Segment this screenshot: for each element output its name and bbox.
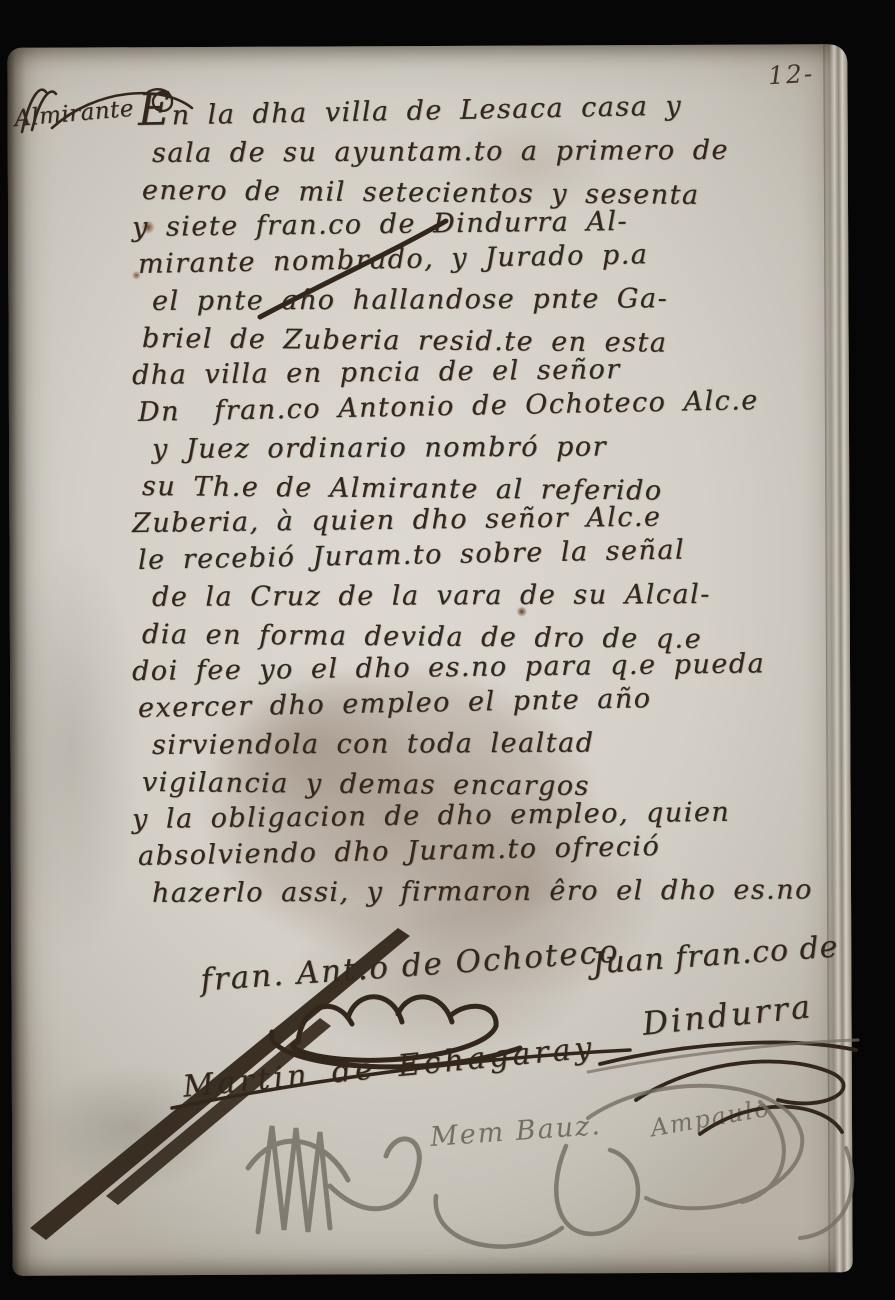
- manuscript-line: hazerlo assi, y firmaron êro el dho es.n…: [152, 872, 780, 912]
- manuscript-body: En la dha villa de Lesaca casa y sala de…: [138, 92, 766, 912]
- folio-number: 12-: [767, 59, 815, 90]
- manuscript-line: y Juez ordinario nombró por: [152, 428, 780, 468]
- book-fore-edge: [823, 44, 852, 1272]
- manuscript-line: sala de su ayuntam.to a primero de: [152, 132, 780, 172]
- manuscript-line: de la Cruz de la vara de su Alcal-: [152, 576, 780, 616]
- manuscript-photo: 12- Almirante En la dha villa de Lesaca …: [0, 0, 895, 1300]
- book-gutter-edge: [7, 48, 30, 1276]
- manuscript-line: sirviendola con toda lealtad: [152, 724, 780, 764]
- manuscript-line: el pnte año hallandose pnte Ga-: [152, 280, 780, 320]
